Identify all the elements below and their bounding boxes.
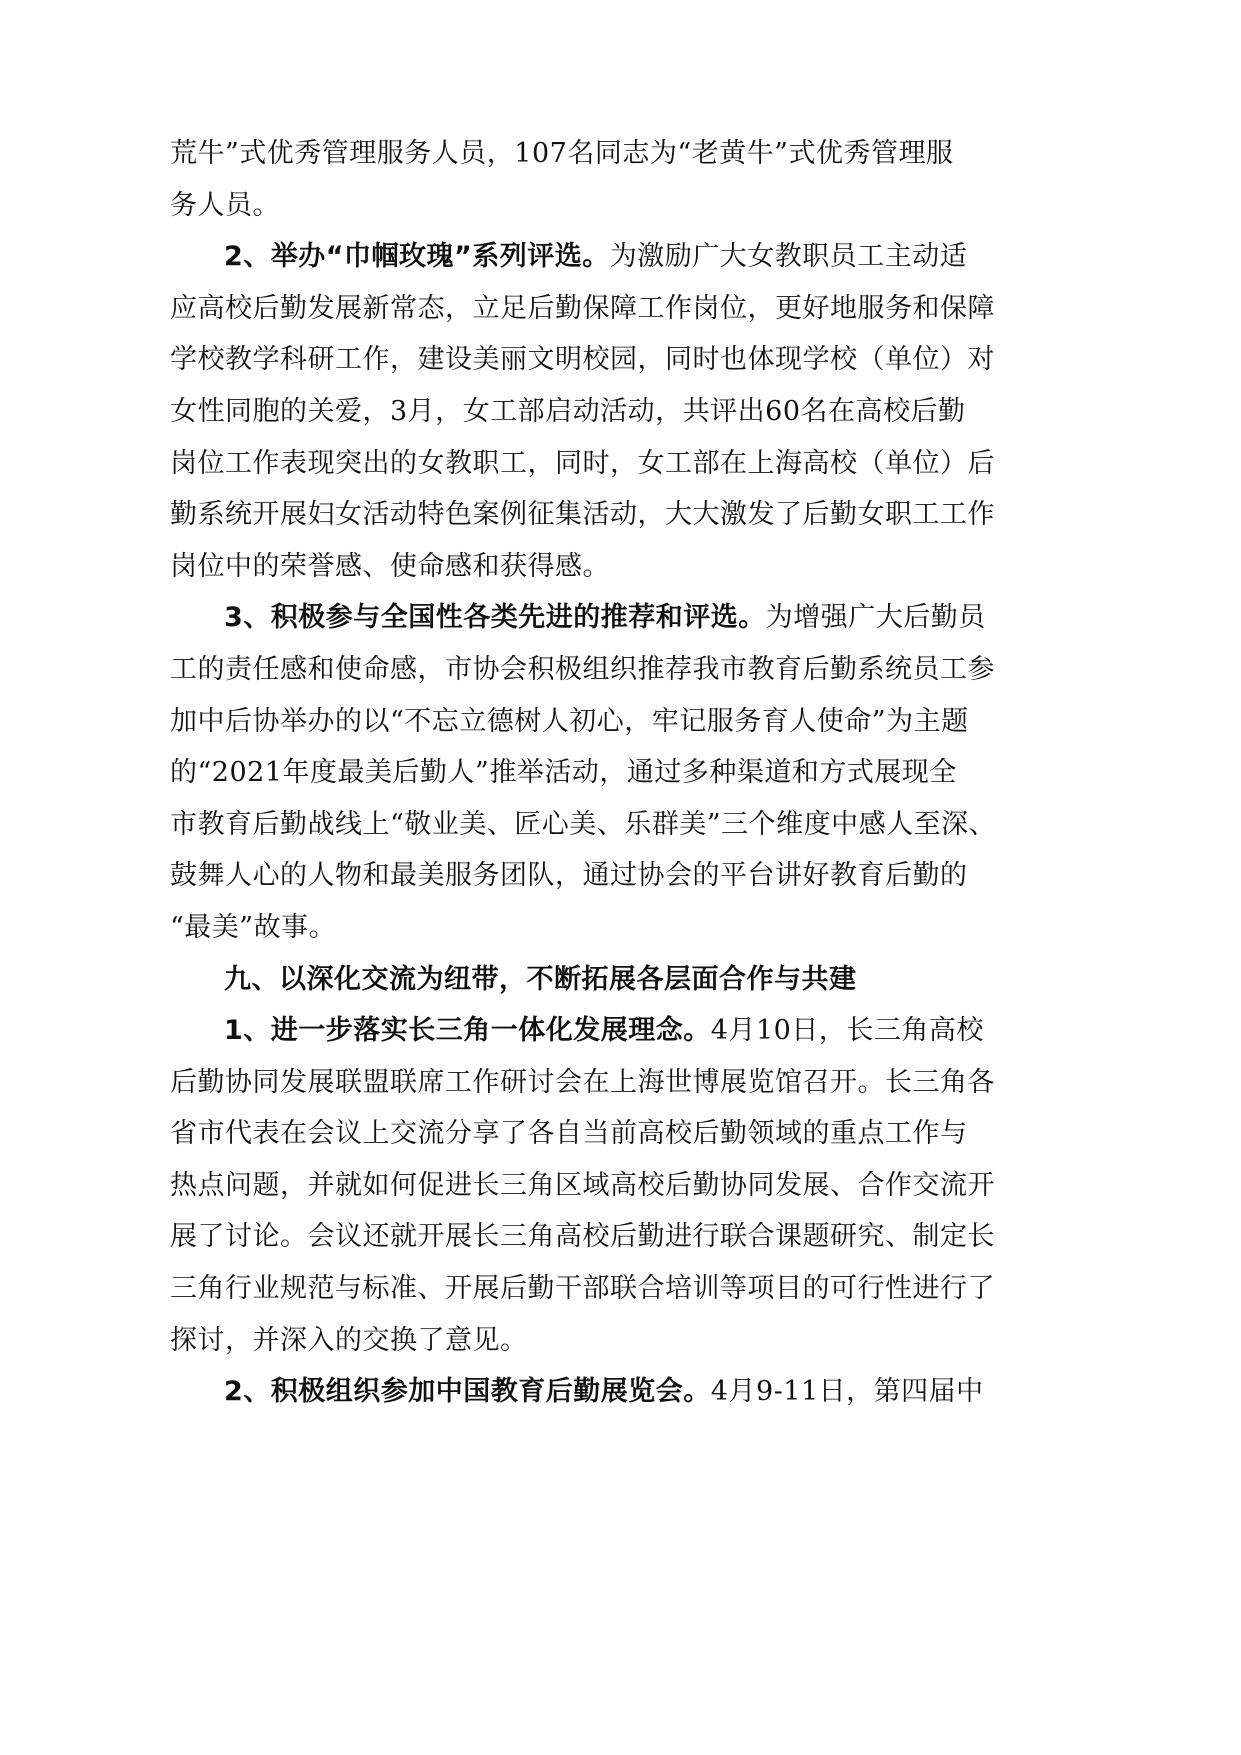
paragraph-first-line: 3、积极参与全国性各类先进的推荐和评选。为增强广大后勤员 — [170, 592, 940, 644]
text-line: 的“2021年度最美后勤人”推举活动，通过多种渠道和方式展现全 — [170, 747, 940, 799]
paragraph-lead: 2、积极组织参加中国教育后勤展览会。 — [224, 1376, 711, 1407]
text-line: 市教育后勤战线上“敬业美、匠心美、乐群美”三个维度中感人至深、 — [170, 799, 940, 851]
text-line: 学校教学科研工作，建设美丽文明校园，同时也体现学校（单位）对 — [170, 334, 940, 386]
paragraph-lead: 1、进一步落实长三角一体化发展理念。 — [224, 1015, 711, 1046]
paragraph-text: 为增强广大后勤员 — [766, 602, 986, 633]
text-line: 荒牛”式优秀管理服务人员，107名同志为“老黄牛”式优秀管理服 — [170, 128, 940, 180]
text-line: 务人员。 — [170, 180, 940, 232]
paragraph-first-line: 1、进一步落实长三角一体化发展理念。4月10日，长三角高校 — [170, 1005, 940, 1057]
paragraph-lead: 2、举办“巾帼玫瑰”系列评选。 — [224, 241, 610, 272]
text-line: 加中后协举办的以“不忘立德树人初心，牢记服务育人使命”为主题 — [170, 696, 940, 748]
text-line: “最美”故事。 — [170, 902, 940, 954]
document-page: 荒牛”式优秀管理服务人员，107名同志为“老黄牛”式优秀管理服 务人员。 2、举… — [170, 128, 940, 1418]
text-line: 省市代表在会议上交流分享了各自当前高校后勤领域的重点工作与 — [170, 1108, 940, 1160]
text-line: 三角行业规范与标准、开展后勤干部联合培训等项目的可行性进行了 — [170, 1263, 940, 1315]
paragraph-first-line: 2、积极组织参加中国教育后勤展览会。4月9-11日，第四届中 — [170, 1366, 940, 1418]
paragraph-first-line: 2、举办“巾帼玫瑰”系列评选。为激励广大女教职员工主动适 — [170, 231, 940, 283]
text-line: 后勤协同发展联盟联席工作研讨会在上海世博展览馆召开。长三角各 — [170, 1057, 940, 1109]
text-line: 探讨，并深入的交换了意见。 — [170, 1315, 940, 1367]
text-line: 工的责任感和使命感，市协会积极组织推荐我市教育后勤系统员工参 — [170, 644, 940, 696]
text-line: 鼓舞人心的人物和最美服务团队，通过协会的平台讲好教育后勤的 — [170, 850, 940, 902]
text-line: 岗位中的荣誉感、使命感和获得感。 — [170, 541, 940, 593]
text-line: 女性同胞的关爱，3月，女工部启动活动，共评出60名在高校后勤 — [170, 386, 940, 438]
text-line: 应高校后勤发展新常态，立足后勤保障工作岗位，更好地服务和保障 — [170, 283, 940, 335]
text-line: 岗位工作表现突出的女教职工，同时，女工部在上海高校（单位）后 — [170, 438, 940, 490]
paragraph-text: 4月10日，长三角高校 — [711, 1015, 984, 1046]
paragraph-text: 4月9-11日，第四届中 — [711, 1376, 984, 1407]
section-heading: 九、以深化交流为纽带，不断拓展各层面合作与共建 — [170, 954, 940, 1006]
paragraph-lead: 3、积极参与全国性各类先进的推荐和评选。 — [224, 602, 766, 633]
paragraph-text: 为激励广大女教职员工主动适 — [610, 241, 968, 272]
text-line: 勤系统开展妇女活动特色案例征集活动，大大激发了后勤女职工工作 — [170, 489, 940, 541]
text-line: 展了讨论。会议还就开展长三角高校后勤进行联合课题研究、制定长 — [170, 1211, 940, 1263]
text-line: 热点问题，并就如何促进长三角区域高校后勤协同发展、合作交流开 — [170, 1160, 940, 1212]
